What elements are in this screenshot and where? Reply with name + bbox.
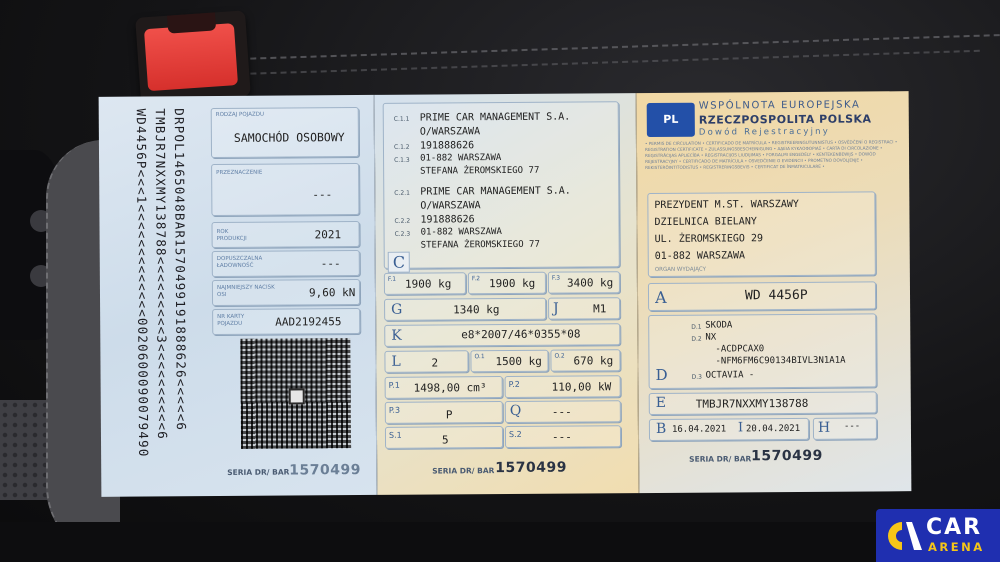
eu-flag-icon: PL: [647, 103, 695, 137]
production-year-value: 2021: [315, 228, 342, 241]
field-j: J M1: [548, 297, 620, 320]
purpose-field: Przeznaczenie ---: [211, 163, 359, 216]
vehicle-make: SKODA: [705, 320, 732, 330]
field-h: H ---: [813, 417, 877, 439]
mrz-line-1: DRPOL1465048BAR1570499191888626<<<<<6: [172, 108, 189, 431]
field-q: Q ---: [505, 400, 621, 423]
field-l: L 2: [384, 350, 468, 373]
first-registration-date: 16.04.2021: [672, 424, 726, 434]
field-a-registration-number: A WD 4456P: [648, 281, 876, 311]
registration-document: DRPOL1465048BAR1570499191888626<<<<<6 TM…: [99, 91, 912, 497]
production-year-field: Rok produkcji 2021: [211, 221, 359, 248]
header-country: RZECZPOSPOLITA POLSKA: [699, 112, 872, 126]
vin: TMBJR7NXXMY138788: [696, 397, 809, 411]
document-left-panel: DRPOL1465048BAR1570499191888626<<<<<6 TM…: [99, 95, 377, 497]
seatbelt-buckle: [135, 10, 251, 103]
serial-number: 1570499: [751, 448, 823, 465]
seat-stitching: [230, 34, 1000, 62]
field-b-dates: B 16.04.2021 I 20.04.2021: [649, 418, 809, 441]
field-p1: P.1 1498,00 cm³: [385, 376, 503, 399]
microprint: • PERMIS DE CIRCULATION • CERTIFICADO DE…: [645, 139, 900, 191]
holder-name: PRIME CAR MANAGEMENT S.A.: [420, 112, 571, 124]
axle-load-field: Najmniejszy nacisk osi 9,60 kN: [212, 279, 360, 306]
field-p3: P.3 P: [385, 401, 503, 424]
owner-name: PRIME CAR MANAGEMENT S.A.: [420, 186, 571, 198]
field-o1: O.1 1500 kg: [470, 350, 548, 373]
payload-value: ---: [321, 257, 341, 270]
vehicle-type-field: Rodzaj pojazdu SAMOCHÓD OSOBOWY: [211, 107, 359, 158]
vehicle-type-value: SAMOCHÓD OSOBOWY: [234, 130, 345, 145]
holder-owner-block: C.1.1 PRIME CAR MANAGEMENT S.A. O/WARSZA…: [383, 101, 620, 269]
vehicle-card-field: Nr karty pojazdu AAD2192455: [212, 308, 360, 335]
field-f1: F.1 1900 kg: [384, 272, 466, 295]
issuing-authority-block: PREZYDENT M.ST. WARSZAWY DZIELNICA BIELA…: [647, 191, 876, 277]
field-p2: P.2 110,00 kW: [505, 375, 621, 398]
mrz-block: DRPOL1465048BAR1570499191888626<<<<<6 TM…: [105, 108, 192, 489]
car-arena-logo-icon: [886, 520, 922, 552]
field-f3: F.3 3400 kg: [548, 271, 620, 294]
document-middle-panel: C.1.1 PRIME CAR MANAGEMENT S.A. O/WARSZA…: [374, 93, 639, 495]
registration-number: WD 4456P: [745, 288, 808, 303]
seatbelt-release-button: [144, 23, 238, 91]
payload-field: Dopuszczalna ładowność ---: [212, 250, 360, 277]
serial-number: 1570499: [289, 462, 361, 479]
axle-load-value: 9,60 kN: [309, 286, 355, 299]
field-o2: O.2 670 kg: [550, 349, 620, 371]
field-k: K e8*2007/46*0355*08: [384, 323, 620, 347]
serial-number: 1570499: [495, 460, 567, 477]
vehicle-card-value: AAD2192455: [275, 315, 341, 328]
header-eu: WSPÓLNOTA EUROPEJSKA: [699, 100, 861, 112]
field-d-make-model: D.1 SKODA D.2 NX -ACDPCAX0 -NFM6FM6C9013…: [648, 313, 877, 389]
field-s2: S.2 ---: [505, 425, 621, 448]
purpose-value: ---: [312, 188, 332, 201]
field-s1: S.1 5: [385, 426, 503, 449]
field-e-vin: E TMBJR7NXXMY138788: [649, 391, 877, 415]
header-document-title: Dowód Rejestracyjny: [699, 127, 830, 138]
field-g: G 1340 kg: [384, 298, 546, 321]
issue-date: 20.04.2021: [746, 424, 800, 434]
seat-stitching: [200, 50, 980, 78]
field-f2: F.2 1900 kg: [468, 272, 546, 295]
qr-code: [240, 338, 351, 449]
mrz-line-2: TMBJR7NXXMY138788<<<<<<<<<3<<<<<<<<<<6: [153, 108, 170, 440]
document-right-panel: PL WSPÓLNOTA EUROPEJSKA RZECZPOSPOLITA P…: [636, 91, 912, 493]
vehicle-model: OCTAVIA -: [706, 370, 755, 380]
mrz-line-3: WD4456P<<<1<<<<<<<<<<<<<0020600090079490: [134, 108, 151, 457]
car-arena-logo: CAR ARENA: [876, 509, 1000, 562]
